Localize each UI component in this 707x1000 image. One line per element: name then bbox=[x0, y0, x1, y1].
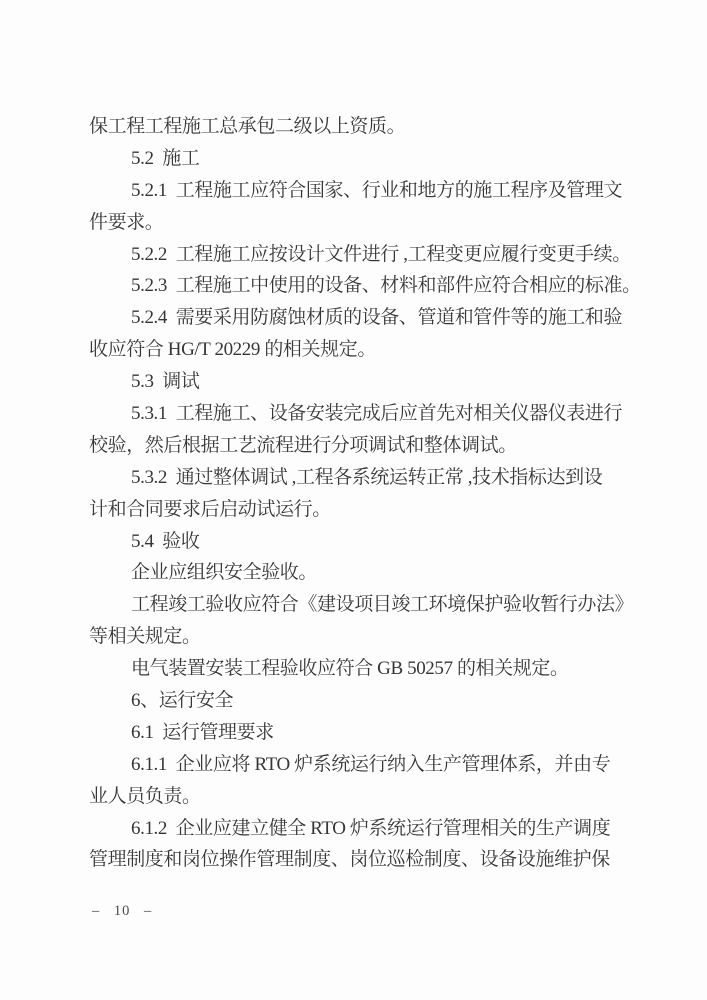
text-line: 企业应组织安全验收。 bbox=[89, 557, 634, 589]
text-line: 5.3.1 工程施工、设备安装完成后应首先对相关仪器仪表进行 bbox=[89, 398, 634, 430]
text-line: 5.3.2 通过整体调试 ,工程各系统运转正常 ,技术指标达到设 bbox=[89, 462, 634, 494]
text-line: 电气装置安装工程验收应符合 GB 50257 的相关规定。 bbox=[89, 653, 634, 685]
text-line: 6、运行安全 bbox=[89, 685, 634, 717]
text-line: 等相关规定。 bbox=[89, 621, 634, 653]
text-line: 6.1.2 企业应建立健全 RTO 炉系统运行管理相关的生产调度 bbox=[89, 813, 634, 845]
text-line: 计和合同要求后启动试运行。 bbox=[89, 494, 634, 526]
text-line: 件要求。 bbox=[89, 207, 634, 239]
text-line: 保工程工程施工总承包二级以上资质。 bbox=[89, 111, 634, 143]
text-line: 5.2.4 需要采用防腐蚀材质的设备、管道和管件等的施工和验 bbox=[89, 302, 634, 334]
text-line: 5.2.1 工程施工应符合国家、行业和地方的施工程序及管理文 bbox=[89, 175, 634, 207]
text-line: 6.1 运行管理要求 bbox=[89, 717, 634, 749]
text-line: 5.2.3 工程施工中使用的设备、材料和部件应符合相应的标准。 bbox=[89, 270, 634, 302]
text-line: 5.2 施工 bbox=[89, 143, 634, 175]
text-line: 5.2.2 工程施工应按设计文件进行 ,工程变更应履行变更手续。 bbox=[89, 239, 634, 271]
text-block: 保工程工程施工总承包二级以上资质。5.2 施工5.2.1 工程施工应符合国家、行… bbox=[89, 111, 634, 876]
text-line: 管理制度和岗位操作管理制度、岗位巡检制度、设备设施维护保 bbox=[89, 844, 634, 876]
text-line: 工程竣工验收应符合《建设项目竣工环境保护验收暂行办法》 bbox=[89, 589, 634, 621]
text-line: 6.1.1 企业应将 RTO 炉系统运行纳入生产管理体系，并由专 bbox=[89, 749, 634, 781]
text-line: 5.4 验收 bbox=[89, 526, 634, 558]
document-page: 保工程工程施工总承包二级以上资质。5.2 施工5.2.1 工程施工应符合国家、行… bbox=[0, 0, 707, 1000]
text-line: 收应符合 HG/T 20229 的相关规定。 bbox=[89, 334, 634, 366]
text-line: 5.3 调试 bbox=[89, 366, 634, 398]
text-line: 校验，然后根据工艺流程进行分项调试和整体调试。 bbox=[89, 430, 634, 462]
page-number: – 10 – bbox=[92, 903, 152, 920]
text-line: 业人员负责。 bbox=[89, 781, 634, 813]
